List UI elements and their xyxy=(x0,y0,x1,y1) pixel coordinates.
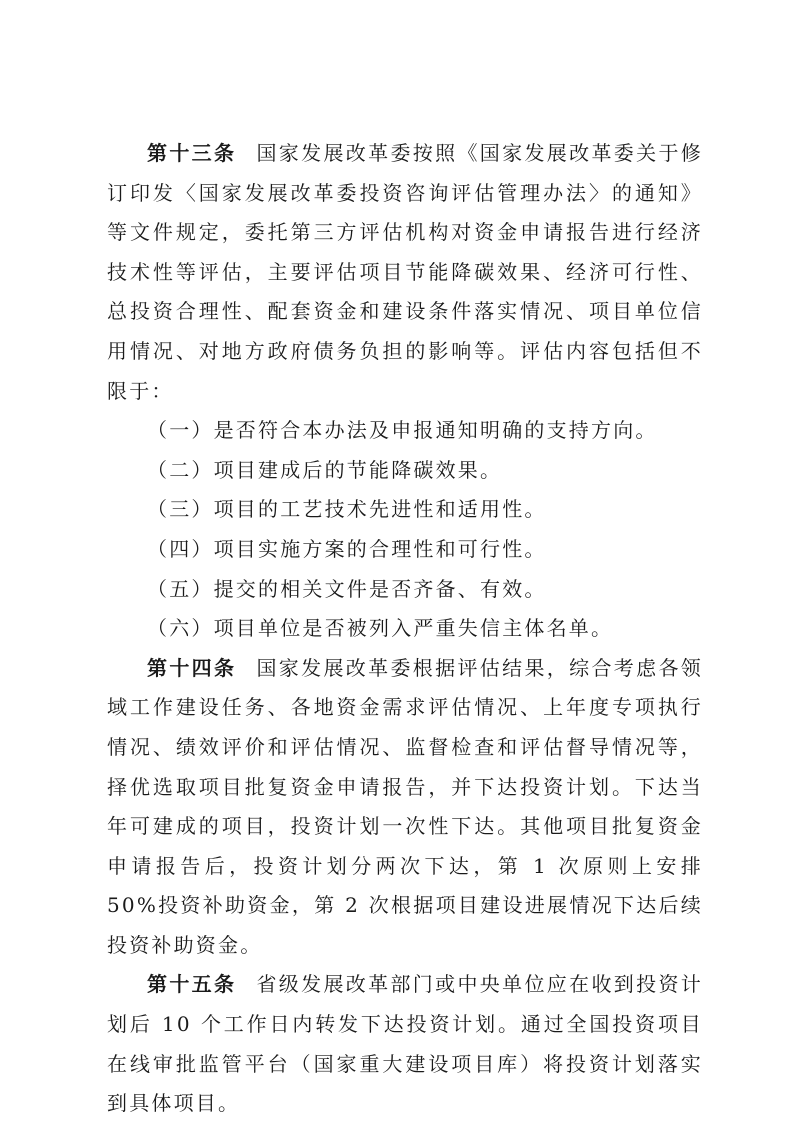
article-13-item-5: （五）提交的相关文件是否齐备、有效。 xyxy=(107,570,703,610)
article-13-item-2: （二）项目建成后的节能降碳效果。 xyxy=(107,451,703,491)
article-14-body: 国家发展改革委根据评估结果，综合考虑各领域工作建设任务、各地资金需求评估情况、上… xyxy=(107,656,703,957)
article-13-body: 国家发展改革委按照《国家发展改革委关于修订印发〈国家发展改革委投资咨询评估管理办… xyxy=(107,141,703,403)
document-page: 第十三条国家发展改革委按照《国家发展改革委关于修订印发〈国家发展改革委投资咨询评… xyxy=(107,134,703,1123)
article-15-title: 第十五条 xyxy=(147,972,236,996)
article-13: 第十三条国家发展改革委按照《国家发展改革委关于修订印发〈国家发展改革委投资咨询评… xyxy=(107,134,703,411)
article-13-item-6: （六）项目单位是否被列入严重失信主体名单。 xyxy=(107,609,703,649)
article-13-item-3: （三）项目的工艺技术先进性和适用性。 xyxy=(107,490,703,530)
article-14-title: 第十四条 xyxy=(147,656,236,680)
article-13-item-1: （一）是否符合本办法及申报通知明确的支持方向。 xyxy=(107,411,703,451)
article-14: 第十四条国家发展改革委根据评估结果，综合考虑各领域工作建设任务、各地资金需求评估… xyxy=(107,649,703,966)
article-13-item-4: （四）项目实施方案的合理性和可行性。 xyxy=(107,530,703,570)
article-13-title: 第十三条 xyxy=(147,141,236,165)
article-15: 第十五条省级发展改革部门或中央单位应在收到投资计划后 10 个工作日内转发下达投… xyxy=(107,965,703,1123)
